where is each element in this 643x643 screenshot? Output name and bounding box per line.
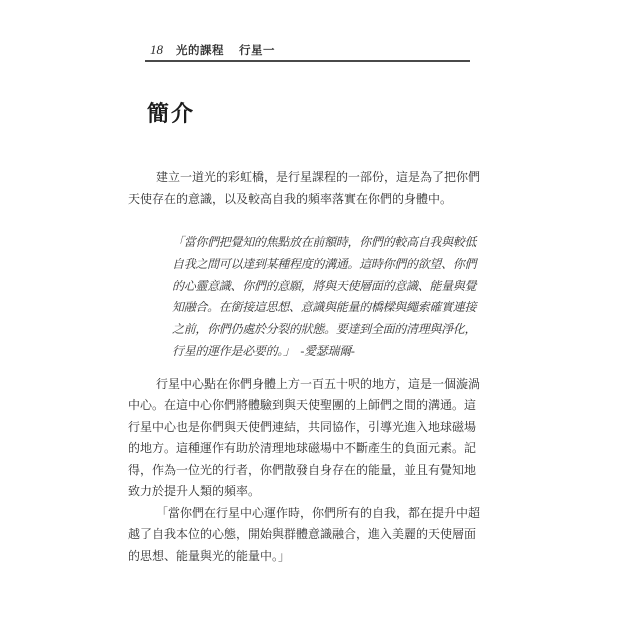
text-line: 越了自我本位的心態，開始與群體意識融合，進入美麗的天使層面 xyxy=(128,524,476,546)
text-line: 中心。在這中心你們將體驗到與天使聖團的上師們之間的溝通。這 xyxy=(128,395,476,417)
paragraph: 「當你們在行星中心運作時，你們所有的自我，都在提升中超越了自我本位的心態，開始與… xyxy=(128,503,476,568)
section-title: 簡介 xyxy=(147,97,195,128)
text-line: 行星的運作是必要的。」 -愛瑟瑞爾- xyxy=(172,341,478,363)
text-line: 「當你們把覺知的焦點放在前額時，你們的較高自我與較低 xyxy=(172,232,478,254)
book-page: 18 光的課程 行星一 簡介 建立一道光的彩虹橋，是行星課程的一部份，這是為了把… xyxy=(0,0,643,643)
volume-title: 行星一 xyxy=(239,42,275,58)
book-title: 光的課程 xyxy=(176,42,224,58)
text-line: 的地方。這種運作有助於清理地球磁場中不斷產生的負面元素。記 xyxy=(128,438,476,460)
quote-paragraph: 「當你們把覺知的焦點放在前額時，你們的較高自我與較低自我之間可以達到某種程度的溝… xyxy=(172,232,478,363)
text-line: 行星中心點在你們身體上方一百五十呎的地方，這是一個漩渦 xyxy=(128,374,476,396)
text-line: 天使存在的意識，以及較高自我的頻率落實在你們的身體中。 xyxy=(128,189,476,211)
text-line: 自我之間可以達到某種程度的溝通。這時你們的欲望、你們 xyxy=(172,254,478,276)
text-line: 得，作為一位光的行者，你們散發自身存在的能量，並且有覺知地 xyxy=(128,460,476,482)
text-line: 的思想、能量與光的能量中。」 xyxy=(128,546,476,568)
page-content: 建立一道光的彩虹橋，是行星課程的一部份，這是為了把你們天使存在的意識，以及較高自… xyxy=(128,167,476,567)
page-header: 18 光的課程 行星一 xyxy=(150,42,275,58)
page-number: 18 xyxy=(150,42,163,58)
header-rule xyxy=(145,60,470,62)
paragraph: 建立一道光的彩虹橋，是行星課程的一部份，這是為了把你們天使存在的意識，以及較高自… xyxy=(128,167,476,210)
text-line: 「當你們在行星中心運作時，你們所有的自我，都在提升中超 xyxy=(128,503,476,525)
text-line: 建立一道光的彩虹橋，是行星課程的一部份，這是為了把你們 xyxy=(128,167,476,189)
text-line: 致力於提升人類的頻率。 xyxy=(128,481,476,503)
text-line: 行星中心也是你們與天使們連結，共同協作，引導光進入地球磁場 xyxy=(128,417,476,439)
text-line: 知融合。在銜接這思想、意識與能量的橋樑與繩索確實連接 xyxy=(172,297,478,319)
text-line: 的心靈意識、你們的意願，將與天使層面的意識、能量與覺 xyxy=(172,276,478,298)
text-line: 之前，你們仍處於分裂的狀態。要達到全面的清理與淨化， xyxy=(172,319,478,341)
paragraph: 行星中心點在你們身體上方一百五十呎的地方，這是一個漩渦中心。在這中心你們將體驗到… xyxy=(128,374,476,503)
